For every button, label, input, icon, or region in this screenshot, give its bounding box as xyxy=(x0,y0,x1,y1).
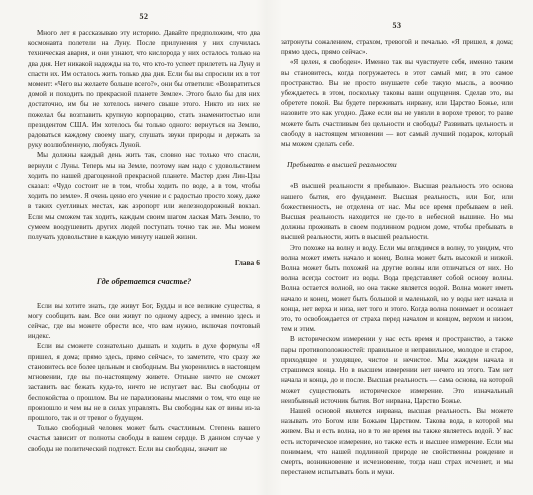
page-number-right: 53 xyxy=(281,21,513,30)
paragraph: «В высшей реальности я пребываю». Высшая… xyxy=(281,181,513,242)
page-right-text: затронуты сожалением, страхом, тревогой … xyxy=(281,37,513,477)
paragraph: Только свободный человек может быть счас… xyxy=(28,423,260,454)
paragraph: Если вы сможете сознательно дышать и ход… xyxy=(28,341,260,423)
paragraph: «Я целен, я свободен». Именно так вы чув… xyxy=(281,57,513,149)
page-number-left: 52 xyxy=(28,12,260,21)
page-left-text: Много лет я рассказываю эту историю. Дав… xyxy=(28,28,260,454)
section-heading: Пребывать в высшей реальности xyxy=(281,160,513,170)
page-right: 53 затронуты сожалением, страхом, тревог… xyxy=(281,8,513,495)
paragraph: В историческом измерении у нас есть врем… xyxy=(281,334,513,405)
chapter-number: Глава 6 xyxy=(28,258,260,268)
paragraph: Если вы хотите знать, где живут Бог, Буд… xyxy=(28,301,260,342)
paragraph: Много лет я рассказываю эту историю. Дав… xyxy=(28,28,260,150)
paragraph: затронуты сожалением, страхом, тревогой … xyxy=(281,37,513,57)
paragraph: Это похоже на волну и воду. Если мы вгля… xyxy=(281,243,513,335)
paragraph: Мы должны каждый день жить так, словно н… xyxy=(28,150,260,242)
book-spread: 52 Много лет я рассказываю эту историю. … xyxy=(0,0,533,495)
page-left: 52 Много лет я рассказываю эту историю. … xyxy=(28,8,260,495)
paragraph: Нашей основой является нирвана, высшая р… xyxy=(281,406,513,477)
chapter-title: Где обретается счастье? xyxy=(28,277,260,287)
